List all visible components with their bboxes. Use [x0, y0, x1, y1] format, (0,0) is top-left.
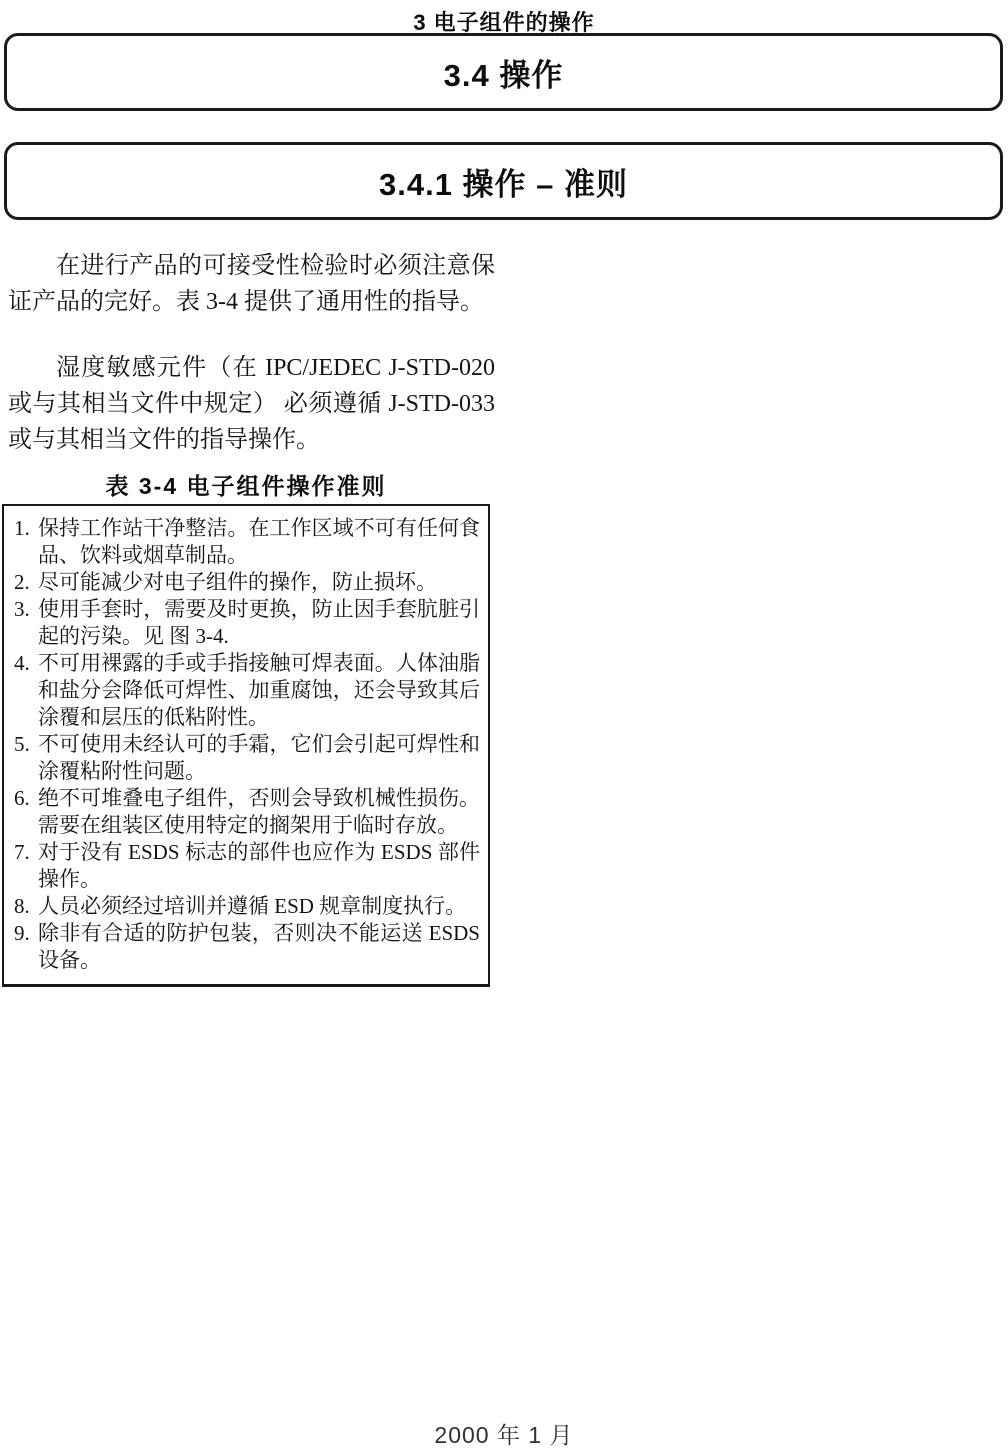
- item-number: 1.: [14, 515, 38, 542]
- item-text: 人员必须经过培训并遵循 ESD 规章制度执行。: [38, 893, 480, 920]
- item-number: 6.: [14, 785, 38, 812]
- subsection-title: 3.4.1 操作 – 准则: [379, 159, 628, 204]
- item-number: 7.: [14, 839, 38, 866]
- table-row: 8. 人员必须经过培训并遵循 ESD 规章制度执行。: [14, 893, 480, 920]
- section-title: 3.4 操作: [444, 50, 564, 95]
- item-number: 2.: [14, 569, 38, 596]
- section-heading-box-3-4: 3.4 操作: [4, 33, 1003, 111]
- item-number: 5.: [14, 731, 38, 758]
- table-row: 7. 对于没有 ESDS 标志的部件也应作为 ESDS 部件操作。: [14, 839, 480, 893]
- item-number: 4.: [14, 650, 38, 677]
- section-heading-box-3-4-1: 3.4.1 操作 – 准则: [4, 142, 1003, 220]
- item-number: 9.: [14, 920, 38, 947]
- table-row: 5. 不可使用未经认可的手霜，它们会引起可焊性和涂覆粘附性问题。: [14, 731, 480, 785]
- item-text: 除非有合适的防护包装，否则决不能运送 ESDS 设备。: [38, 920, 480, 974]
- item-text: 绝不可堆叠电子组件，否则会导致机械性损伤。需要在组装区使用特定的搁架用于临时存放…: [38, 785, 480, 839]
- item-number: 3.: [14, 596, 38, 623]
- table-row: 4. 不可用裸露的手或手指接触可焊表面。人体油脂和盐分会降低可焊性、加重腐蚀，还…: [14, 650, 480, 731]
- paragraph: 在进行产品的可接受性检验时必须注意保证产品的完好。表 3-4 提供了通用性的指导…: [8, 248, 495, 320]
- item-number: 8.: [14, 893, 38, 920]
- item-text: 不可使用未经认可的手霜，它们会引起可焊性和涂覆粘附性问题。: [38, 731, 480, 785]
- table-caption: 表 3-4 电子组件操作准则: [0, 468, 492, 501]
- body-text-column: 在进行产品的可接受性检验时必须注意保证产品的完好。表 3-4 提供了通用性的指导…: [8, 248, 495, 488]
- item-text: 尽可能减少对电子组件的操作，防止损坏。: [38, 569, 480, 596]
- paragraph: 湿度敏感元件（在 IPC/JEDEC J-STD-020 或与其相当文件中规定）…: [8, 350, 495, 458]
- item-text: 保持工作站干净整洁。在工作区域不可有任何食品、饮料或烟草制品。: [38, 515, 480, 569]
- table-row: 2. 尽可能减少对电子组件的操作，防止损坏。: [14, 569, 480, 596]
- guidelines-table: 1. 保持工作站干净整洁。在工作区域不可有任何食品、饮料或烟草制品。 2. 尽可…: [2, 504, 490, 987]
- item-text: 对于没有 ESDS 标志的部件也应作为 ESDS 部件操作。: [38, 839, 480, 893]
- document-page: 3 电子组件的操作 3.4 操作 3.4.1 操作 – 准则 在进行产品的可接受…: [0, 0, 1008, 1454]
- item-text: 不可用裸露的手或手指接触可焊表面。人体油脂和盐分会降低可焊性、加重腐蚀，还会导致…: [38, 650, 480, 731]
- table-row: 3. 使用手套时，需要及时更换，防止因手套肮脏引起的污染。见 图 3-4.: [14, 596, 480, 650]
- page-footer-date: 2000 年 1 月: [0, 1417, 1008, 1450]
- table-row: 6. 绝不可堆叠电子组件，否则会导致机械性损伤。需要在组装区使用特定的搁架用于临…: [14, 785, 480, 839]
- item-text: 使用手套时，需要及时更换，防止因手套肮脏引起的污染。见 图 3-4.: [38, 596, 480, 650]
- table-row: 1. 保持工作站干净整洁。在工作区域不可有任何食品、饮料或烟草制品。: [14, 515, 480, 569]
- table-row: 9. 除非有合适的防护包装，否则决不能运送 ESDS 设备。: [14, 920, 480, 974]
